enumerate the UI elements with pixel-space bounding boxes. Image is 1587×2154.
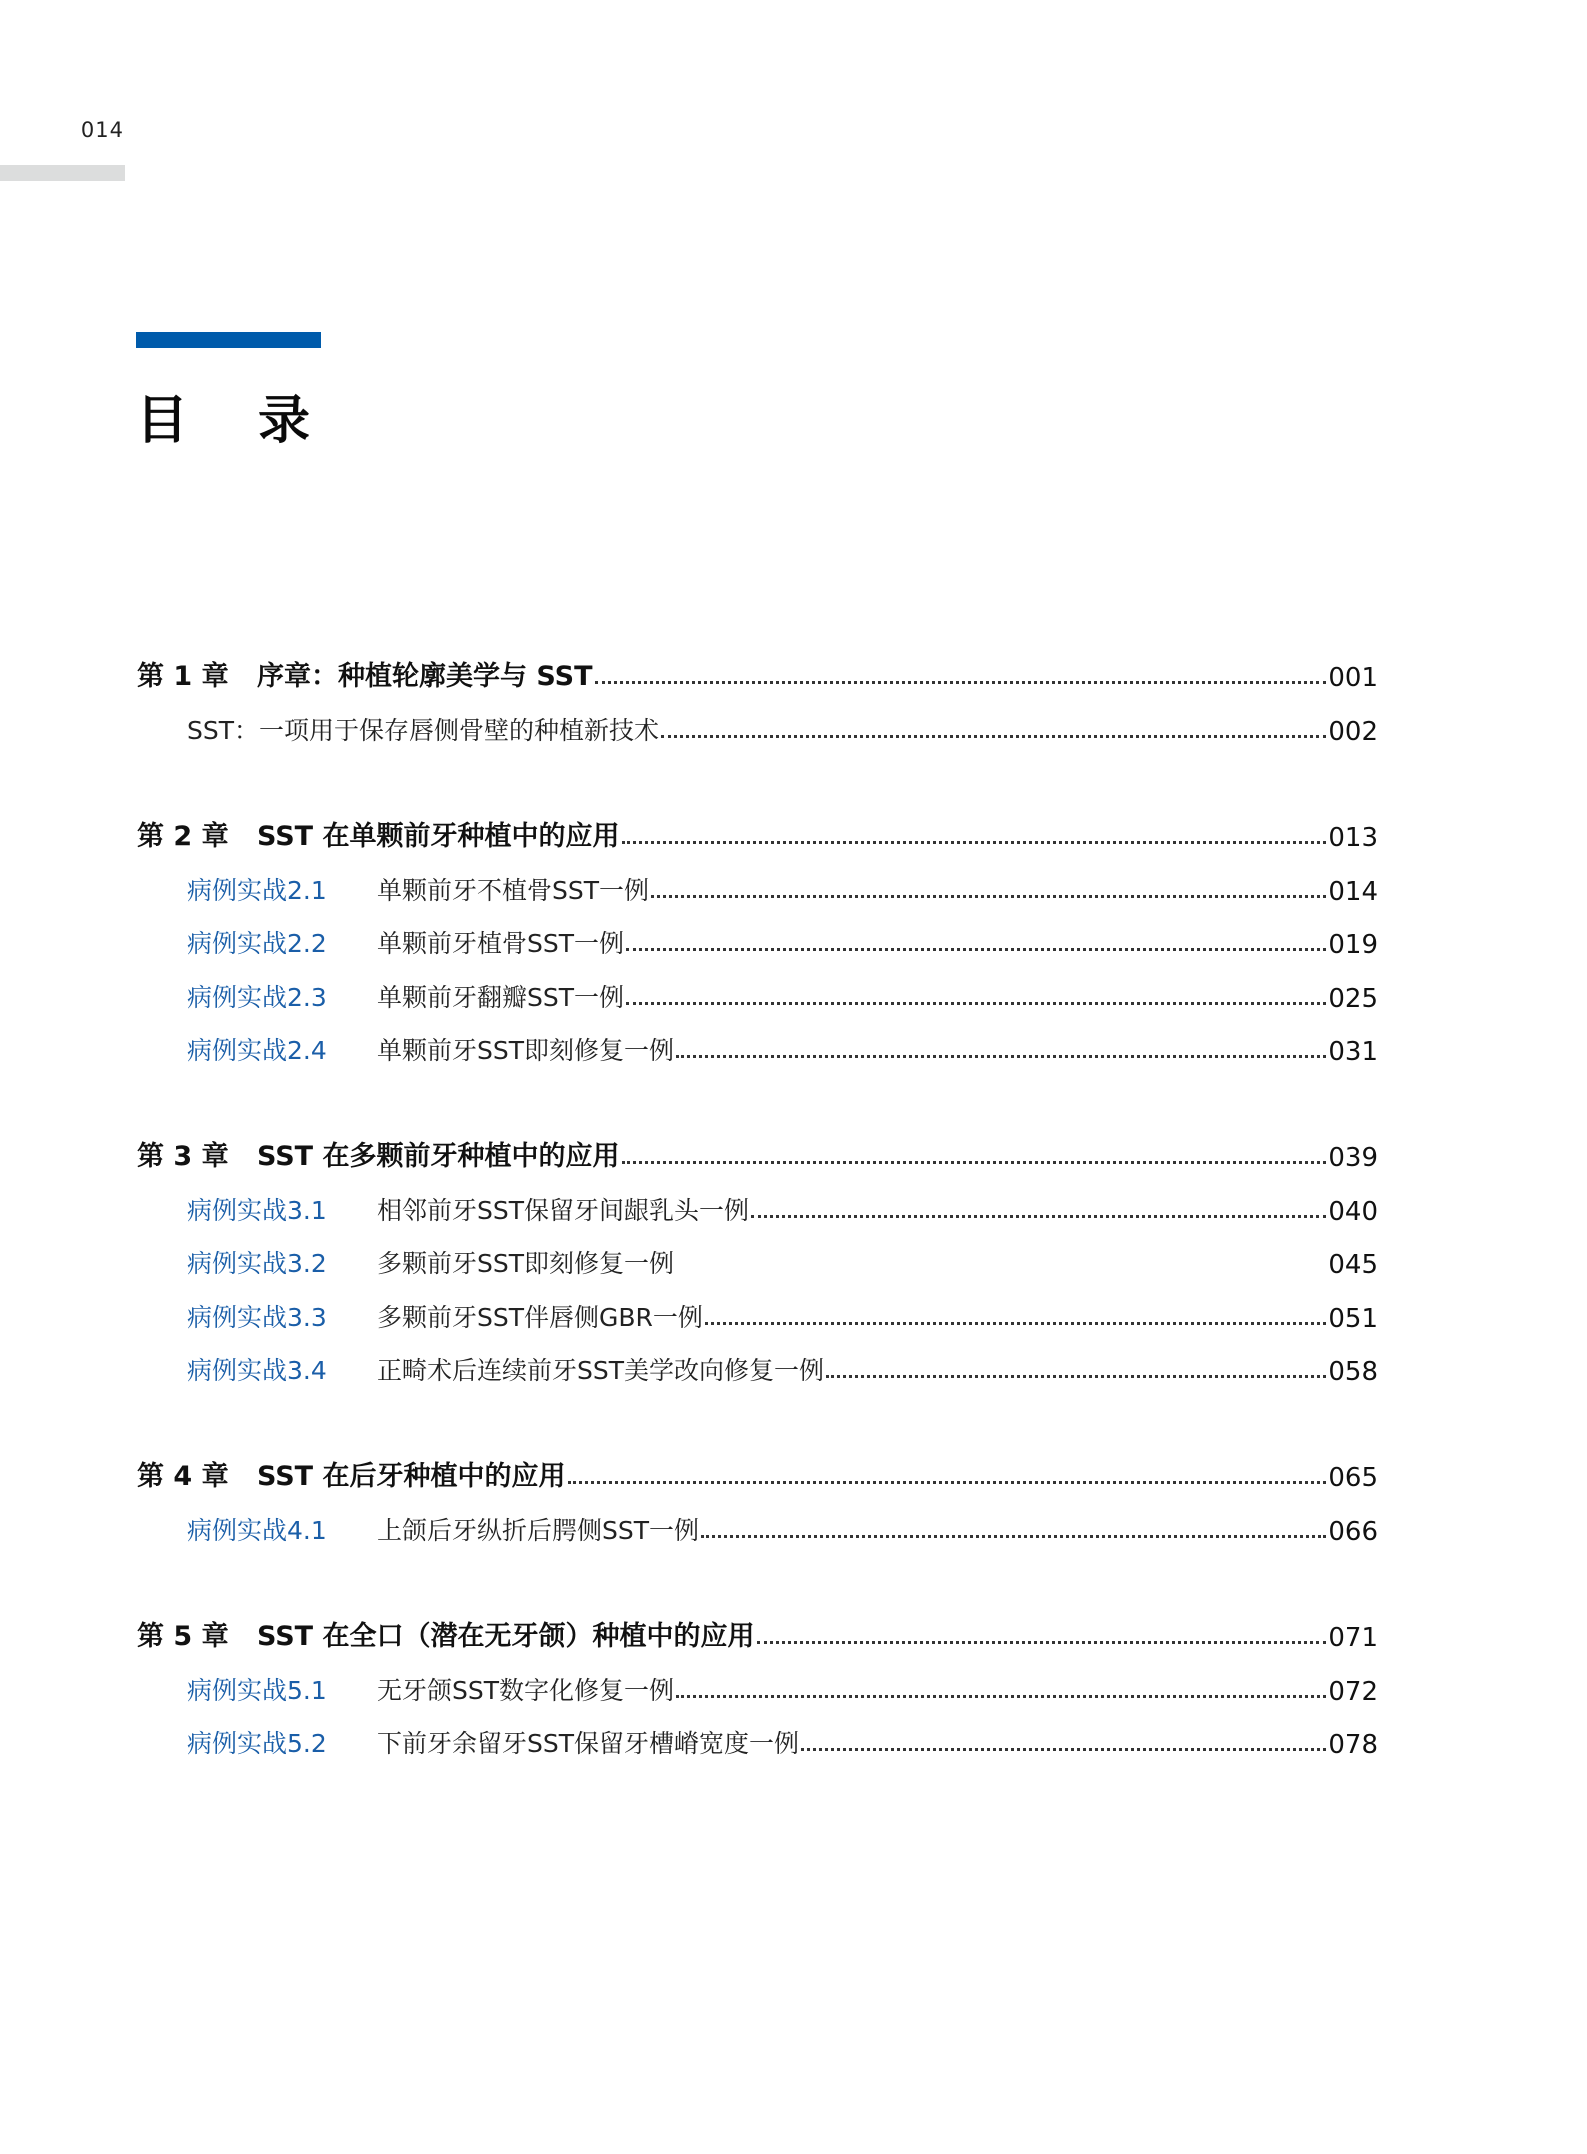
- chapter-number: 第 4 章: [137, 1454, 257, 1493]
- dot-leader: [622, 1161, 1327, 1164]
- dot-leader: [826, 1375, 1326, 1378]
- page-ref: 066: [1328, 1517, 1378, 1547]
- chapter-title: SST 在后牙种植中的应用: [257, 1454, 566, 1493]
- toc-chapter-3[interactable]: 第 3 章 SST 在多颗前牙种植中的应用 039: [137, 1133, 1378, 1173]
- entry-title: 单颗前牙翻瓣SST一例: [377, 978, 624, 1014]
- page-ref: 072: [1328, 1677, 1378, 1707]
- toc-entry[interactable]: 病例实战2.4 单颗前牙SST即刻修复一例 031: [137, 1027, 1378, 1067]
- entry-title: 单颗前牙不植骨SST一例: [377, 871, 649, 907]
- page-ref: 039: [1328, 1143, 1378, 1173]
- dot-leader: [661, 735, 1326, 738]
- entry-title: 正畸术后连续前牙SST美学改向修复一例: [377, 1351, 824, 1387]
- chapter-title: SST 在全口（潜在无牙颌）种植中的应用: [257, 1614, 755, 1653]
- case-label: 病例实战3.4: [137, 1351, 377, 1387]
- entry-title: 相邻前牙SST保留牙间龈乳头一例: [377, 1191, 749, 1227]
- folio-bar-decoration: [0, 165, 125, 181]
- toc-entry[interactable]: 病例实战5.1 无牙颌SST数字化修复一例 072: [137, 1667, 1378, 1707]
- entry-title: 单颗前牙植骨SST一例: [377, 924, 624, 960]
- page-ref: 045: [1328, 1250, 1378, 1280]
- page-ref: 040: [1328, 1197, 1378, 1227]
- page-title: 目 录: [136, 378, 310, 453]
- page-ref: 019: [1328, 930, 1378, 960]
- case-label: 病例实战4.1: [137, 1511, 377, 1547]
- page-number: 014: [80, 118, 124, 142]
- dot-leader: [622, 841, 1327, 844]
- toc-chapter-5[interactable]: 第 5 章 SST 在全口（潜在无牙颌）种植中的应用 071: [137, 1613, 1378, 1653]
- dot-leader: [676, 1055, 1326, 1058]
- page-ref: 058: [1328, 1357, 1378, 1387]
- chapter-number: 第 2 章: [137, 814, 257, 853]
- toc-entry[interactable]: 病例实战2.3 单颗前牙翻瓣SST一例 025: [137, 974, 1378, 1014]
- chapter-number: 第 1 章: [137, 654, 257, 693]
- page-ref: 031: [1328, 1037, 1378, 1067]
- toc-entry[interactable]: 病例实战3.4 正畸术后连续前牙SST美学改向修复一例 058: [137, 1347, 1378, 1387]
- toc-entry[interactable]: 病例实战5.2 下前牙余留牙SST保留牙槽嵴宽度一例 078: [137, 1720, 1378, 1760]
- entry-title: 单颗前牙SST即刻修复一例: [377, 1031, 674, 1067]
- dot-leader: [626, 948, 1326, 951]
- case-label: 病例实战3.3: [137, 1298, 377, 1334]
- dot-leader: [701, 1535, 1326, 1538]
- case-label: 病例实战2.2: [137, 924, 377, 960]
- toc-entry[interactable]: 病例实战3.2 多颗前牙SST即刻修复一例 045: [137, 1240, 1378, 1280]
- entry-title: SST：一项用于保存唇侧骨壁的种植新技术: [187, 711, 659, 747]
- chapter-number: 第 3 章: [137, 1134, 257, 1173]
- page-ref: 051: [1328, 1304, 1378, 1334]
- entry-title: 下前牙余留牙SST保留牙槽嵴宽度一例: [377, 1724, 799, 1760]
- page-ref: 025: [1328, 984, 1378, 1014]
- chapter-number: 第 5 章: [137, 1614, 257, 1653]
- chapter-title: SST 在多颗前牙种植中的应用: [257, 1134, 620, 1173]
- case-label: 病例实战3.1: [137, 1191, 377, 1227]
- case-label: 病例实战3.2: [137, 1244, 377, 1280]
- toc-chapter-2[interactable]: 第 2 章 SST 在单颗前牙种植中的应用 013: [137, 813, 1378, 853]
- page-title-char-2: 录: [258, 378, 310, 453]
- toc-entry[interactable]: SST：一项用于保存唇侧骨壁的种植新技术 002: [137, 707, 1378, 747]
- page-ref: 001: [1328, 663, 1378, 693]
- page-ref: 014: [1328, 877, 1378, 907]
- page-ref: 013: [1328, 823, 1378, 853]
- toc-entry[interactable]: 病例实战2.1 单颗前牙不植骨SST一例 014: [137, 867, 1378, 907]
- dot-leader: [595, 681, 1327, 684]
- page-ref: 071: [1328, 1623, 1378, 1653]
- dot-leader: [705, 1322, 1326, 1325]
- page-ref: 065: [1328, 1463, 1378, 1493]
- entry-title: 多颗前牙SST伴唇侧GBR一例: [377, 1298, 703, 1334]
- dot-leader: [626, 1002, 1326, 1005]
- toc-entry[interactable]: 病例实战2.2 单颗前牙植骨SST一例 019: [137, 920, 1378, 960]
- case-label: 病例实战5.2: [137, 1724, 377, 1760]
- case-label: 病例实战2.1: [137, 871, 377, 907]
- dot-leader: [651, 895, 1326, 898]
- entry-title: 上颌后牙纵折后腭侧SST一例: [377, 1511, 699, 1547]
- dot-leader: [801, 1748, 1326, 1751]
- toc-entry[interactable]: 病例实战3.3 多颗前牙SST伴唇侧GBR一例 051: [137, 1294, 1378, 1334]
- case-label: 病例实战5.1: [137, 1671, 377, 1707]
- page-title-char-1: 目: [136, 378, 188, 453]
- dot-leader: [757, 1641, 1327, 1644]
- entry-title: 无牙颌SST数字化修复一例: [377, 1671, 674, 1707]
- page-ref: 078: [1328, 1730, 1378, 1760]
- dot-leader: [568, 1481, 1327, 1484]
- case-label: 病例实战2.4: [137, 1031, 377, 1067]
- dot-leader: [751, 1215, 1326, 1218]
- chapter-title: 序章：种植轮廓美学与 SST: [257, 654, 593, 693]
- dot-leader: [676, 1695, 1326, 1698]
- page-ref: 002: [1328, 717, 1378, 747]
- chapter-title: SST 在单颗前牙种植中的应用: [257, 814, 620, 853]
- toc-chapter-4[interactable]: 第 4 章 SST 在后牙种植中的应用 065: [137, 1453, 1378, 1493]
- title-accent-bar: [136, 332, 321, 348]
- case-label: 病例实战2.3: [137, 978, 377, 1014]
- entry-title: 多颗前牙SST即刻修复一例: [377, 1244, 674, 1280]
- toc-chapter-1[interactable]: 第 1 章 序章：种植轮廓美学与 SST 001: [137, 653, 1378, 693]
- toc-entry[interactable]: 病例实战4.1 上颌后牙纵折后腭侧SST一例 066: [137, 1507, 1378, 1547]
- toc-entry[interactable]: 病例实战3.1 相邻前牙SST保留牙间龈乳头一例 040: [137, 1187, 1378, 1227]
